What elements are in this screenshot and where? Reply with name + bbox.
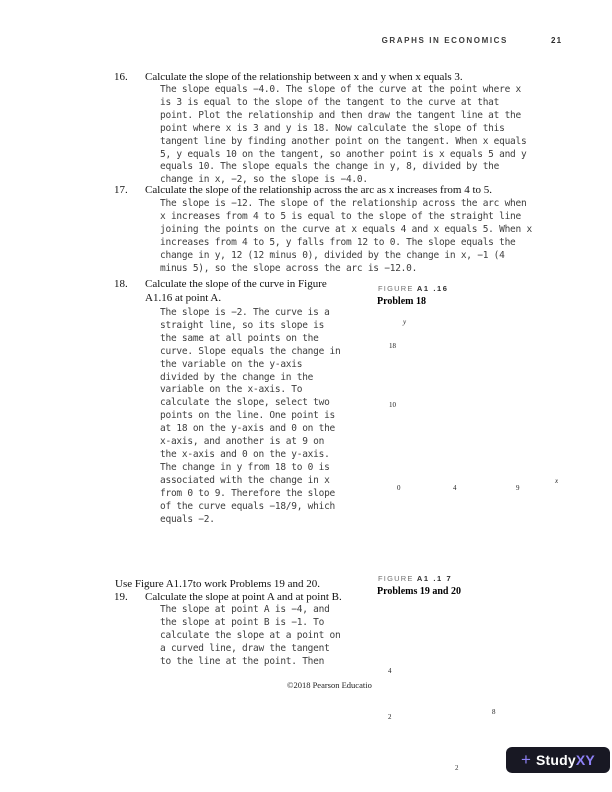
figure-a1-17-value-4: 4 <box>388 667 392 675</box>
figure-a1-16-y-axis-label: y <box>403 318 406 326</box>
problem-19-question: Calculate the slope at point A and at po… <box>145 591 342 603</box>
plus-icon: + <box>521 751 531 768</box>
figure-a1-17-caption-prefix: FIGURE <box>378 574 414 583</box>
figure-a1-16-x-tick-0: 0 <box>397 484 401 492</box>
brand-name-accent: XY <box>576 752 595 768</box>
brand-name-primary: Study <box>536 752 576 768</box>
document-page: GRAPHS IN ECONOMICS 21 16. Calculate the… <box>0 0 612 792</box>
studyxy-logo-badge[interactable]: + StudyXY <box>506 747 610 773</box>
figure-a1-16-y-tick-10: 10 <box>389 401 396 409</box>
footer-page-number: 2 <box>455 764 459 772</box>
problem-17-number: 17. <box>114 184 128 196</box>
problem-19-answer: The slope at point A is −4, and the slop… <box>160 604 341 669</box>
header-page-number: 21 <box>551 36 562 45</box>
problem-17-answer: The slope is −12. The slope of the relat… <box>160 198 532 275</box>
problem-16-question: Calculate the slope of the relationship … <box>145 71 463 83</box>
copyright-notice: ©2018 Pearson Educatio <box>287 680 372 690</box>
figure-a1-17-caption: FIGURE A1 .1 7 <box>378 574 452 583</box>
problem-18-question: Calculate the slope of the curve in Figu… <box>145 278 327 305</box>
figure-a1-17-subtitle: Problems 19 and 20 <box>377 586 461 597</box>
header-title: GRAPHS IN ECONOMICS <box>382 36 508 45</box>
note-before-problem-19: Use Figure A1.17to work Problems 19 and … <box>115 578 320 590</box>
figure-a1-17-value-2: 2 <box>388 713 392 721</box>
figure-a1-16-caption-prefix: FIGURE <box>378 284 414 293</box>
problem-19-number: 19. <box>114 591 128 603</box>
figure-a1-17-value-8: 8 <box>492 708 496 716</box>
problem-17-question: Calculate the slope of the relationship … <box>145 184 492 196</box>
problem-18-answer: The slope is −2. The curve is a straight… <box>160 307 341 526</box>
problem-18-number: 18. <box>114 278 128 292</box>
figure-a1-16-x-tick-9: 9 <box>516 484 520 492</box>
figure-a1-16-x-axis-label: x <box>555 477 558 485</box>
figure-a1-16-caption-number: A1 .16 <box>417 284 449 293</box>
figure-a1-16-subtitle: Problem 18 <box>377 296 426 307</box>
problem-16-answer: The slope equals −4.0. The slope of the … <box>160 84 526 187</box>
figure-a1-16-caption: FIGURE A1 .16 <box>378 284 449 293</box>
figure-a1-17-caption-number: A1 .1 7 <box>417 574 452 583</box>
brand-name: StudyXY <box>536 752 595 768</box>
figure-a1-16-x-tick-4: 4 <box>453 484 457 492</box>
figure-a1-16-y-tick-18: 18 <box>389 342 396 350</box>
problem-16-number: 16. <box>114 71 128 83</box>
